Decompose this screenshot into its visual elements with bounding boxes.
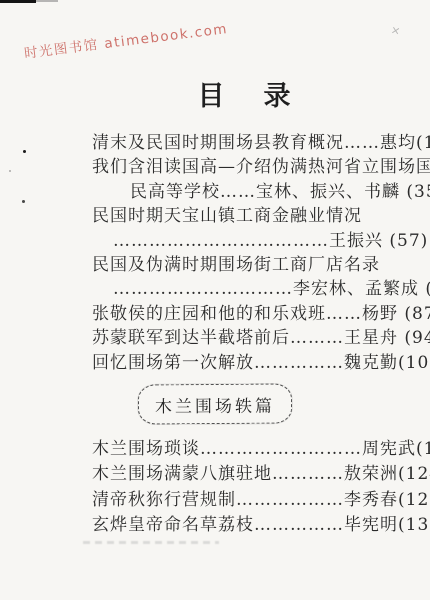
library-watermark: 时光图书馆 atimebook.com [23,17,229,62]
section-badge-row: 木兰围场轶篇 [0,384,430,424]
toc-entry: 清末及民国时期围场县教育概况……惠均(1) [58,131,410,155]
toc-entry: 木兰围场琐谈………………………周宪武(104) [58,437,410,462]
toc-entry: 清帝秋狝行营规制………………李秀春(128) [58,488,410,513]
toc-entry: ………………………………王振兴 (57) [58,229,410,253]
scan-smudge-artifact [83,541,219,544]
section-badge: 木兰围场轶篇 [138,383,292,424]
scan-speck-artifact [23,150,26,153]
scan-speck-artifact [9,170,11,172]
toc-entry: 张敬侯的庄园和他的和乐戏班……杨野 (87) [58,302,410,326]
scanned-book-page: 时光图书馆 atimebook.com 目 录 清末及民国时期围场县教育概况……… [0,0,430,600]
toc-list-upper: 清末及民国时期围场县教育概况……惠均(1) 我们含泪读国高—介绍伪满热河省立围场… [58,131,410,375]
toc-entry: 民国时期天宝山镇工商金融业情况 [58,204,410,228]
scan-edge-artifact [0,0,36,3]
page-title: 目 录 [32,74,430,113]
scan-edge-artifact [36,0,58,2]
toc-entry: 回忆围场第一次解放……………魏克勤(100) [58,351,410,375]
toc-entry: 民高等学校……宝林、振兴、书麟 (35) [58,180,410,204]
toc-entry: 我们含泪读国高—介绍伪满热河省立围场国 [58,155,410,179]
toc-entry: 玄烨皇帝命名草荔枝……………毕宪明(132) [58,513,410,538]
toc-entry: …………………………李宏林、孟繁成 (80) [58,277,410,301]
toc-entry: 民国及伪满时期围场街工商厂店名录 [58,253,410,277]
toc-entry: 木兰围场满蒙八旗驻地…………敖荣洲(124) [58,462,410,487]
scan-speck-artifact [22,200,25,203]
toc-list-lower: 木兰围场琐谈………………………周宪武(104) 木兰围场满蒙八旗驻地…………敖荣… [58,437,410,538]
toc-entry: 苏蒙联军到达半截塔前后………王星舟 (94) [58,326,410,350]
pencil-x-mark-artifact: × [390,23,402,38]
